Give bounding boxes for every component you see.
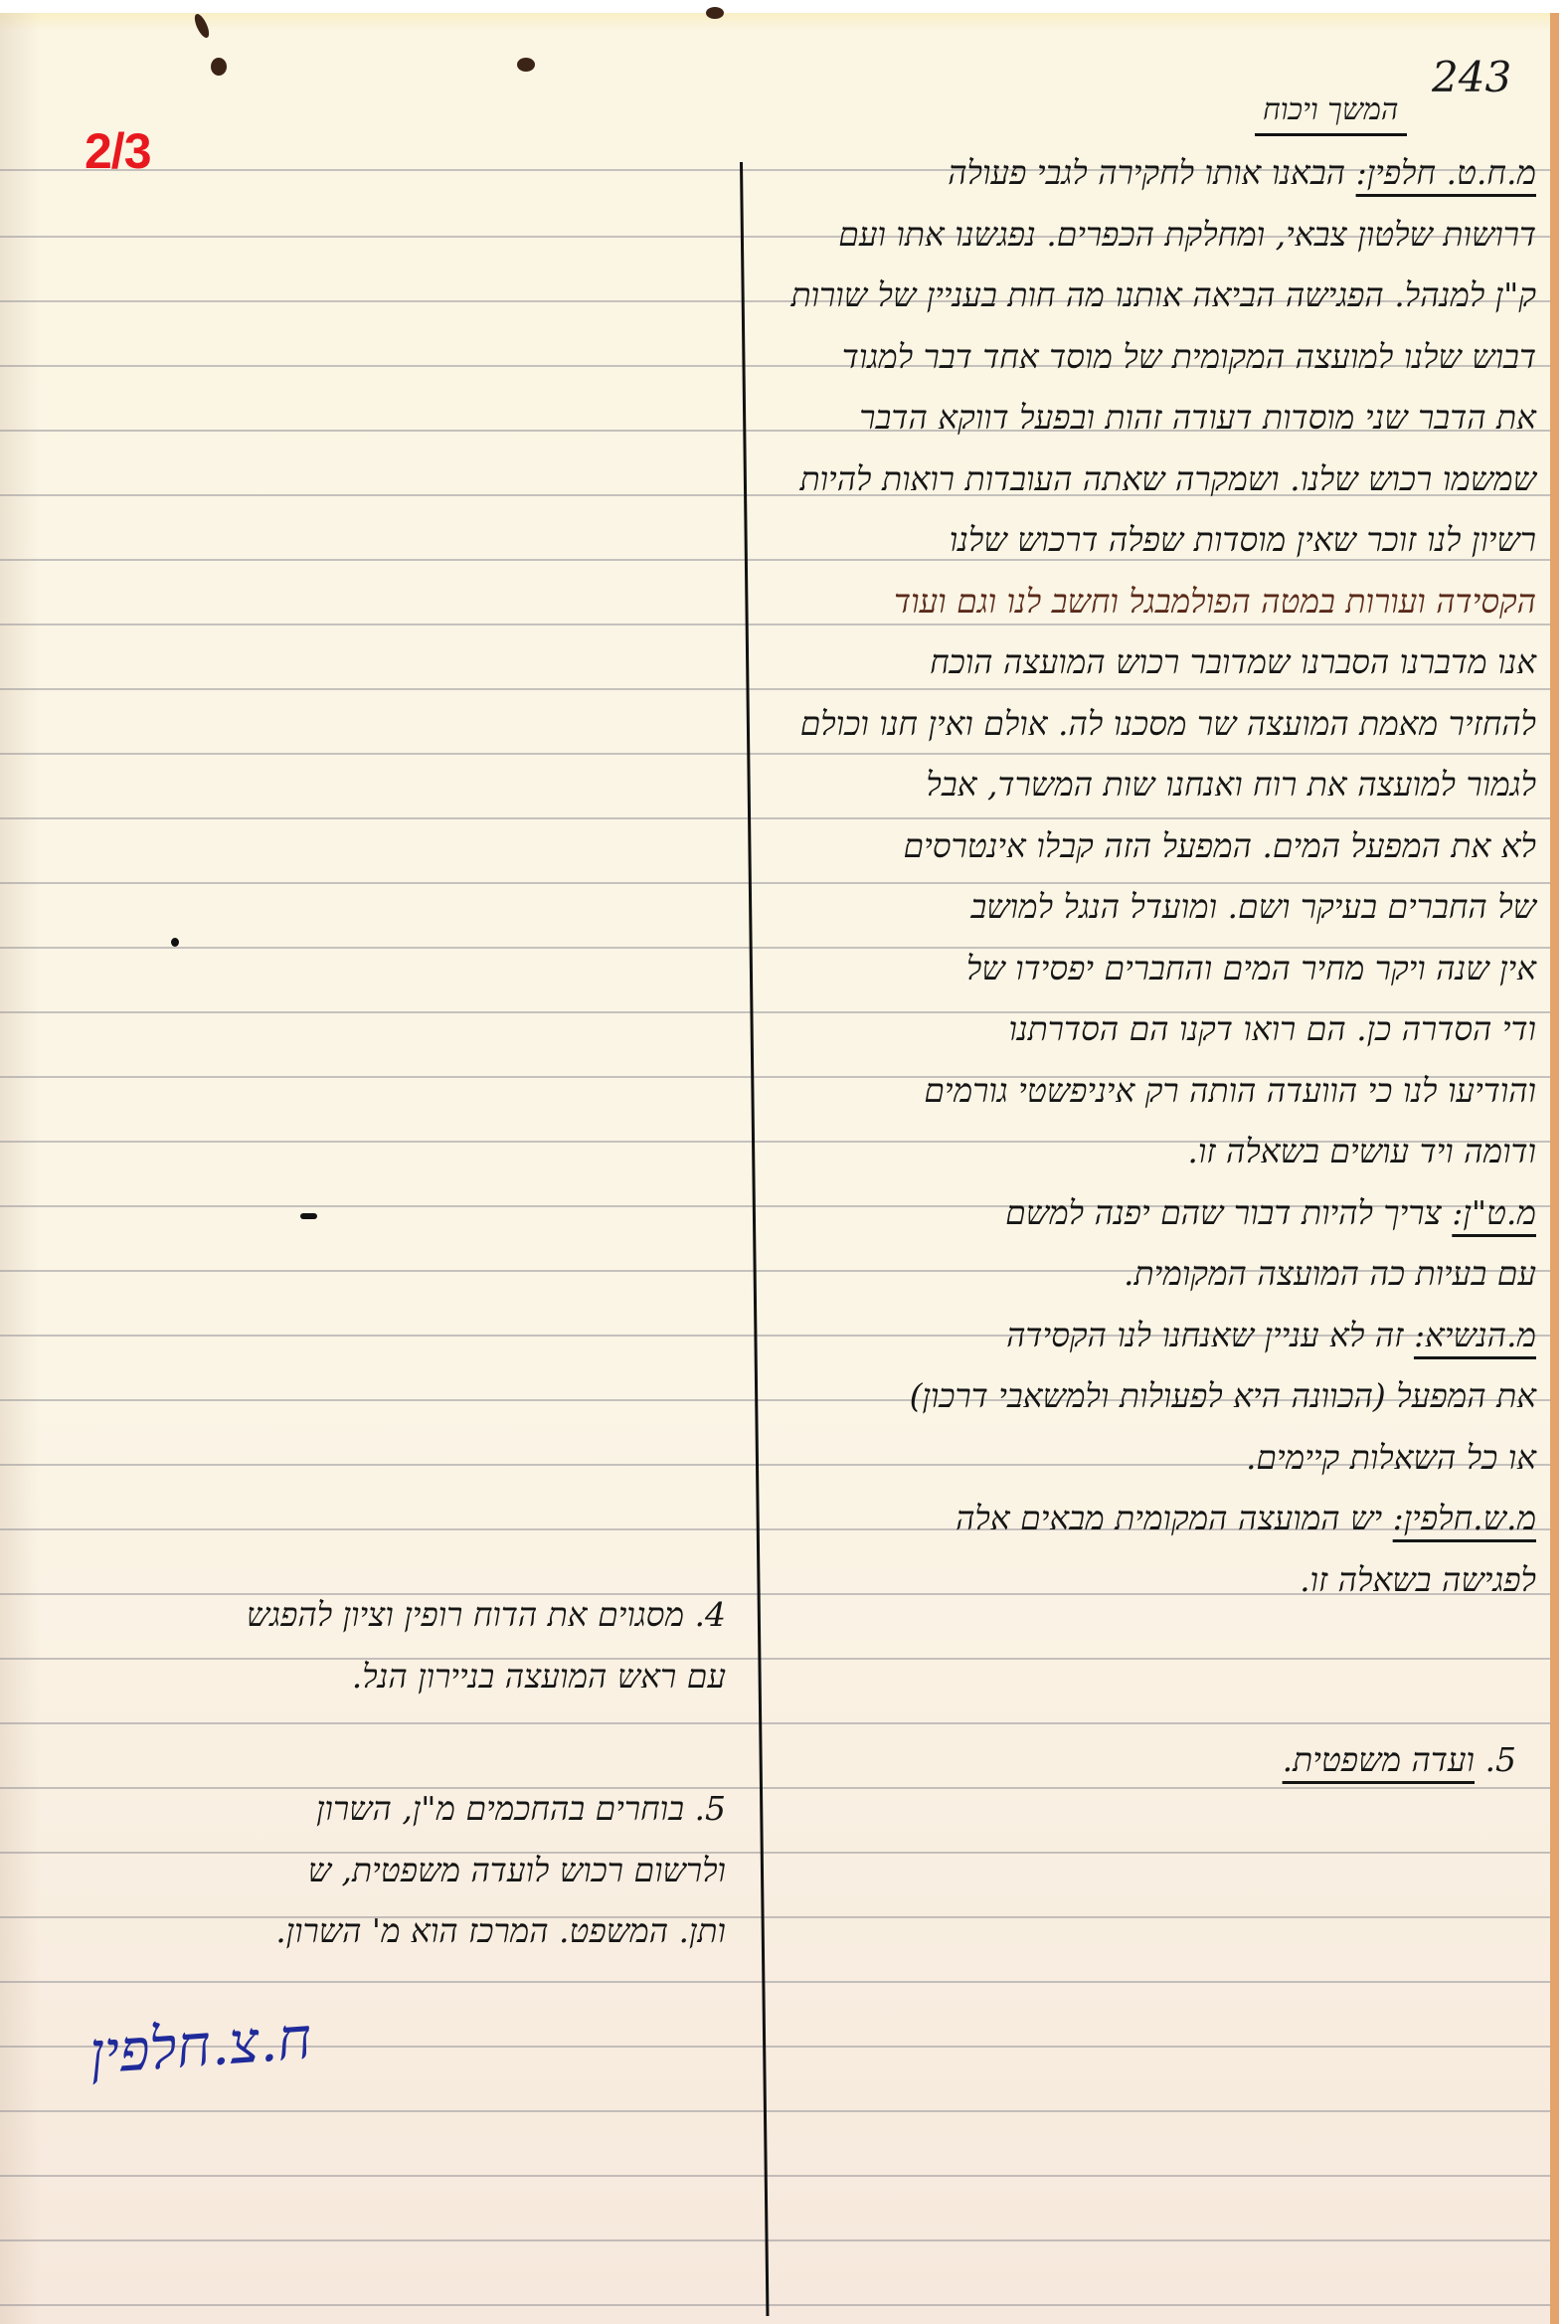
signature: ח.צ.חלפין xyxy=(87,2004,314,2086)
text-line: דבוש שלנו למועצה המקומית של מוסד אחד דבר… xyxy=(776,326,1536,388)
text-line: והודיעו לנו כי הוועדה הותה רק איניפשטי ג… xyxy=(776,1060,1536,1122)
ink-stain xyxy=(517,58,535,72)
agenda-item-5: 5. ועדה משפטית. xyxy=(776,1729,1536,1791)
text-line: מ.הנשיא: זה לא עניין שאנחנו לנו הקסידה xyxy=(776,1305,1536,1366)
notebook-page: 2/3 243 המשך ויכוח מ.ח.ט. חלפין: הבאנו א… xyxy=(0,13,1559,2324)
text-line: שמשמו רכוש שלנו. ושמקרה שאתה העובדות רוא… xyxy=(776,448,1536,510)
ink-mark xyxy=(300,1213,317,1219)
decision-item-5: 5. בוחרים בהחכמים מ"ן, השרון ולרשום רכוש… xyxy=(80,1778,726,1962)
minutes-body: מ.ח.ט. חלפין: הבאנו אותו לחקירה לגבי פעו… xyxy=(776,142,1536,1791)
ink-dot xyxy=(171,938,179,947)
margin-divider-line xyxy=(740,162,769,2316)
speaker-name: מ.ש.חלפין: xyxy=(1393,1499,1536,1537)
text-line: ולרשום רכוש לועדה משפטית, ש xyxy=(80,1840,726,1901)
decision-item-4: 4. מסגוים את הדוח רופין וציון להפגש עם ר… xyxy=(80,1584,726,1706)
agenda-item-title: ועדה משפטית. xyxy=(1283,1740,1475,1779)
text-line: הקסידה ועורות במטה הפולמבגל וחשב לנו וגם… xyxy=(776,571,1536,632)
text-line: או כל השאלות קיימים. xyxy=(776,1427,1536,1489)
ruled-line xyxy=(0,2110,1550,2112)
text-line: דרושות שלטון צבאי, ומחלקת הכפרים. נפגשנו… xyxy=(776,204,1536,266)
text-line: את המפעל (הכוונה היא לפעולות ולמשאבי דרכ… xyxy=(776,1365,1536,1427)
paragraph-speaker-4: מ.ש.חלפין: יש המועצה המקומית מבאים אלה ל… xyxy=(776,1488,1536,1610)
text-line: 5. בוחרים בהחכמים מ"ן, השרון xyxy=(80,1778,726,1840)
text-line: לפגישה בשאלה זו. xyxy=(776,1549,1536,1611)
text-line: להחזיר מאמת המועצה שר מסכנו לה. אולם ואי… xyxy=(776,693,1536,755)
text-line: של החברים בעיקר ושם. ומועדל הנגל למושב xyxy=(776,876,1536,938)
text-line: לגמור למועצה את רוח ואנחנו שות המשרד, אב… xyxy=(776,754,1536,815)
speaker-name: מ.ח.ט. חלפין: xyxy=(1356,153,1536,192)
ink-stain xyxy=(706,7,724,19)
text-line: רשיון לנו זוכר שאין מוסדות שפלה דרכוש של… xyxy=(776,509,1536,571)
ruled-line xyxy=(0,2239,1550,2241)
paragraph-speaker-2: מ.ט"ן: צריך להיות דבור שהם יפנה למשם עם … xyxy=(776,1182,1536,1305)
ink-stain xyxy=(211,58,227,76)
text-line: ק"ן למנהל. הפגישה הביאה אותנו מה חות בענ… xyxy=(776,265,1536,326)
spacer xyxy=(776,1610,1536,1729)
ink-stain xyxy=(192,12,212,40)
agenda-item-number: 5. xyxy=(1485,1740,1517,1779)
text-line: ודומה ויד עושים בשאלה זו. xyxy=(776,1121,1536,1182)
paragraph-continued: אנו מדברנו הסברנו שמדובר רכוש המועצה הוכ… xyxy=(776,631,1536,1182)
paragraph-speaker-3: מ.הנשיא: זה לא עניין שאנחנו לנו הקסידה א… xyxy=(776,1305,1536,1489)
text-line: עם בעיות כה המועצה המקומית. xyxy=(776,1243,1536,1305)
continued-heading: המשך ויכוח xyxy=(1255,92,1407,136)
speaker-name: מ.ט"ן: xyxy=(1452,1193,1536,1232)
paragraph-halfin: מ.ח.ט. חלפין: הבאנו אותו לחקירה לגבי פעו… xyxy=(776,142,1536,631)
text-line: עם ראש המועצה בניירון הנל. xyxy=(80,1646,726,1707)
page-label: 2/3 xyxy=(85,122,151,180)
text-line: 4. מסגוים את הדוח רופין וציון להפגש xyxy=(80,1584,726,1646)
text-line: לא את המפעל המים. המפעל הזה קבלו אינטרסי… xyxy=(776,815,1536,877)
text-line: מ.ח.ט. חלפין: הבאנו אותו לחקירה לגבי פעו… xyxy=(776,142,1536,204)
text-line: אנו מדברנו הסברנו שמדובר רכוש המועצה הוכ… xyxy=(776,631,1536,693)
page-number: 243 xyxy=(1432,53,1511,101)
text-line: ודי הסדרה כן. הם רואו דקנו הם הסדרתנו xyxy=(776,998,1536,1060)
ruled-line xyxy=(0,2175,1550,2177)
text-line: מ.ט"ן: צריך להיות דבור שהם יפנה למשם xyxy=(776,1182,1536,1244)
text-line: את הדבר שני מוסדות דעודה זהות ובפעל דווק… xyxy=(776,387,1536,448)
ruled-line xyxy=(0,2304,1550,2306)
ruled-line xyxy=(0,1981,1550,1983)
text-line: ותן. המשפט. המרכז הוא מ' השרון. xyxy=(80,1900,726,1962)
text-line: מ.ש.חלפין: יש המועצה המקומית מבאים אלה xyxy=(776,1488,1536,1549)
text-line: אין שנה ויקר מחיר המים והחברים יפסידו של xyxy=(776,938,1536,999)
speaker-name: מ.הנשיא: xyxy=(1414,1316,1536,1354)
